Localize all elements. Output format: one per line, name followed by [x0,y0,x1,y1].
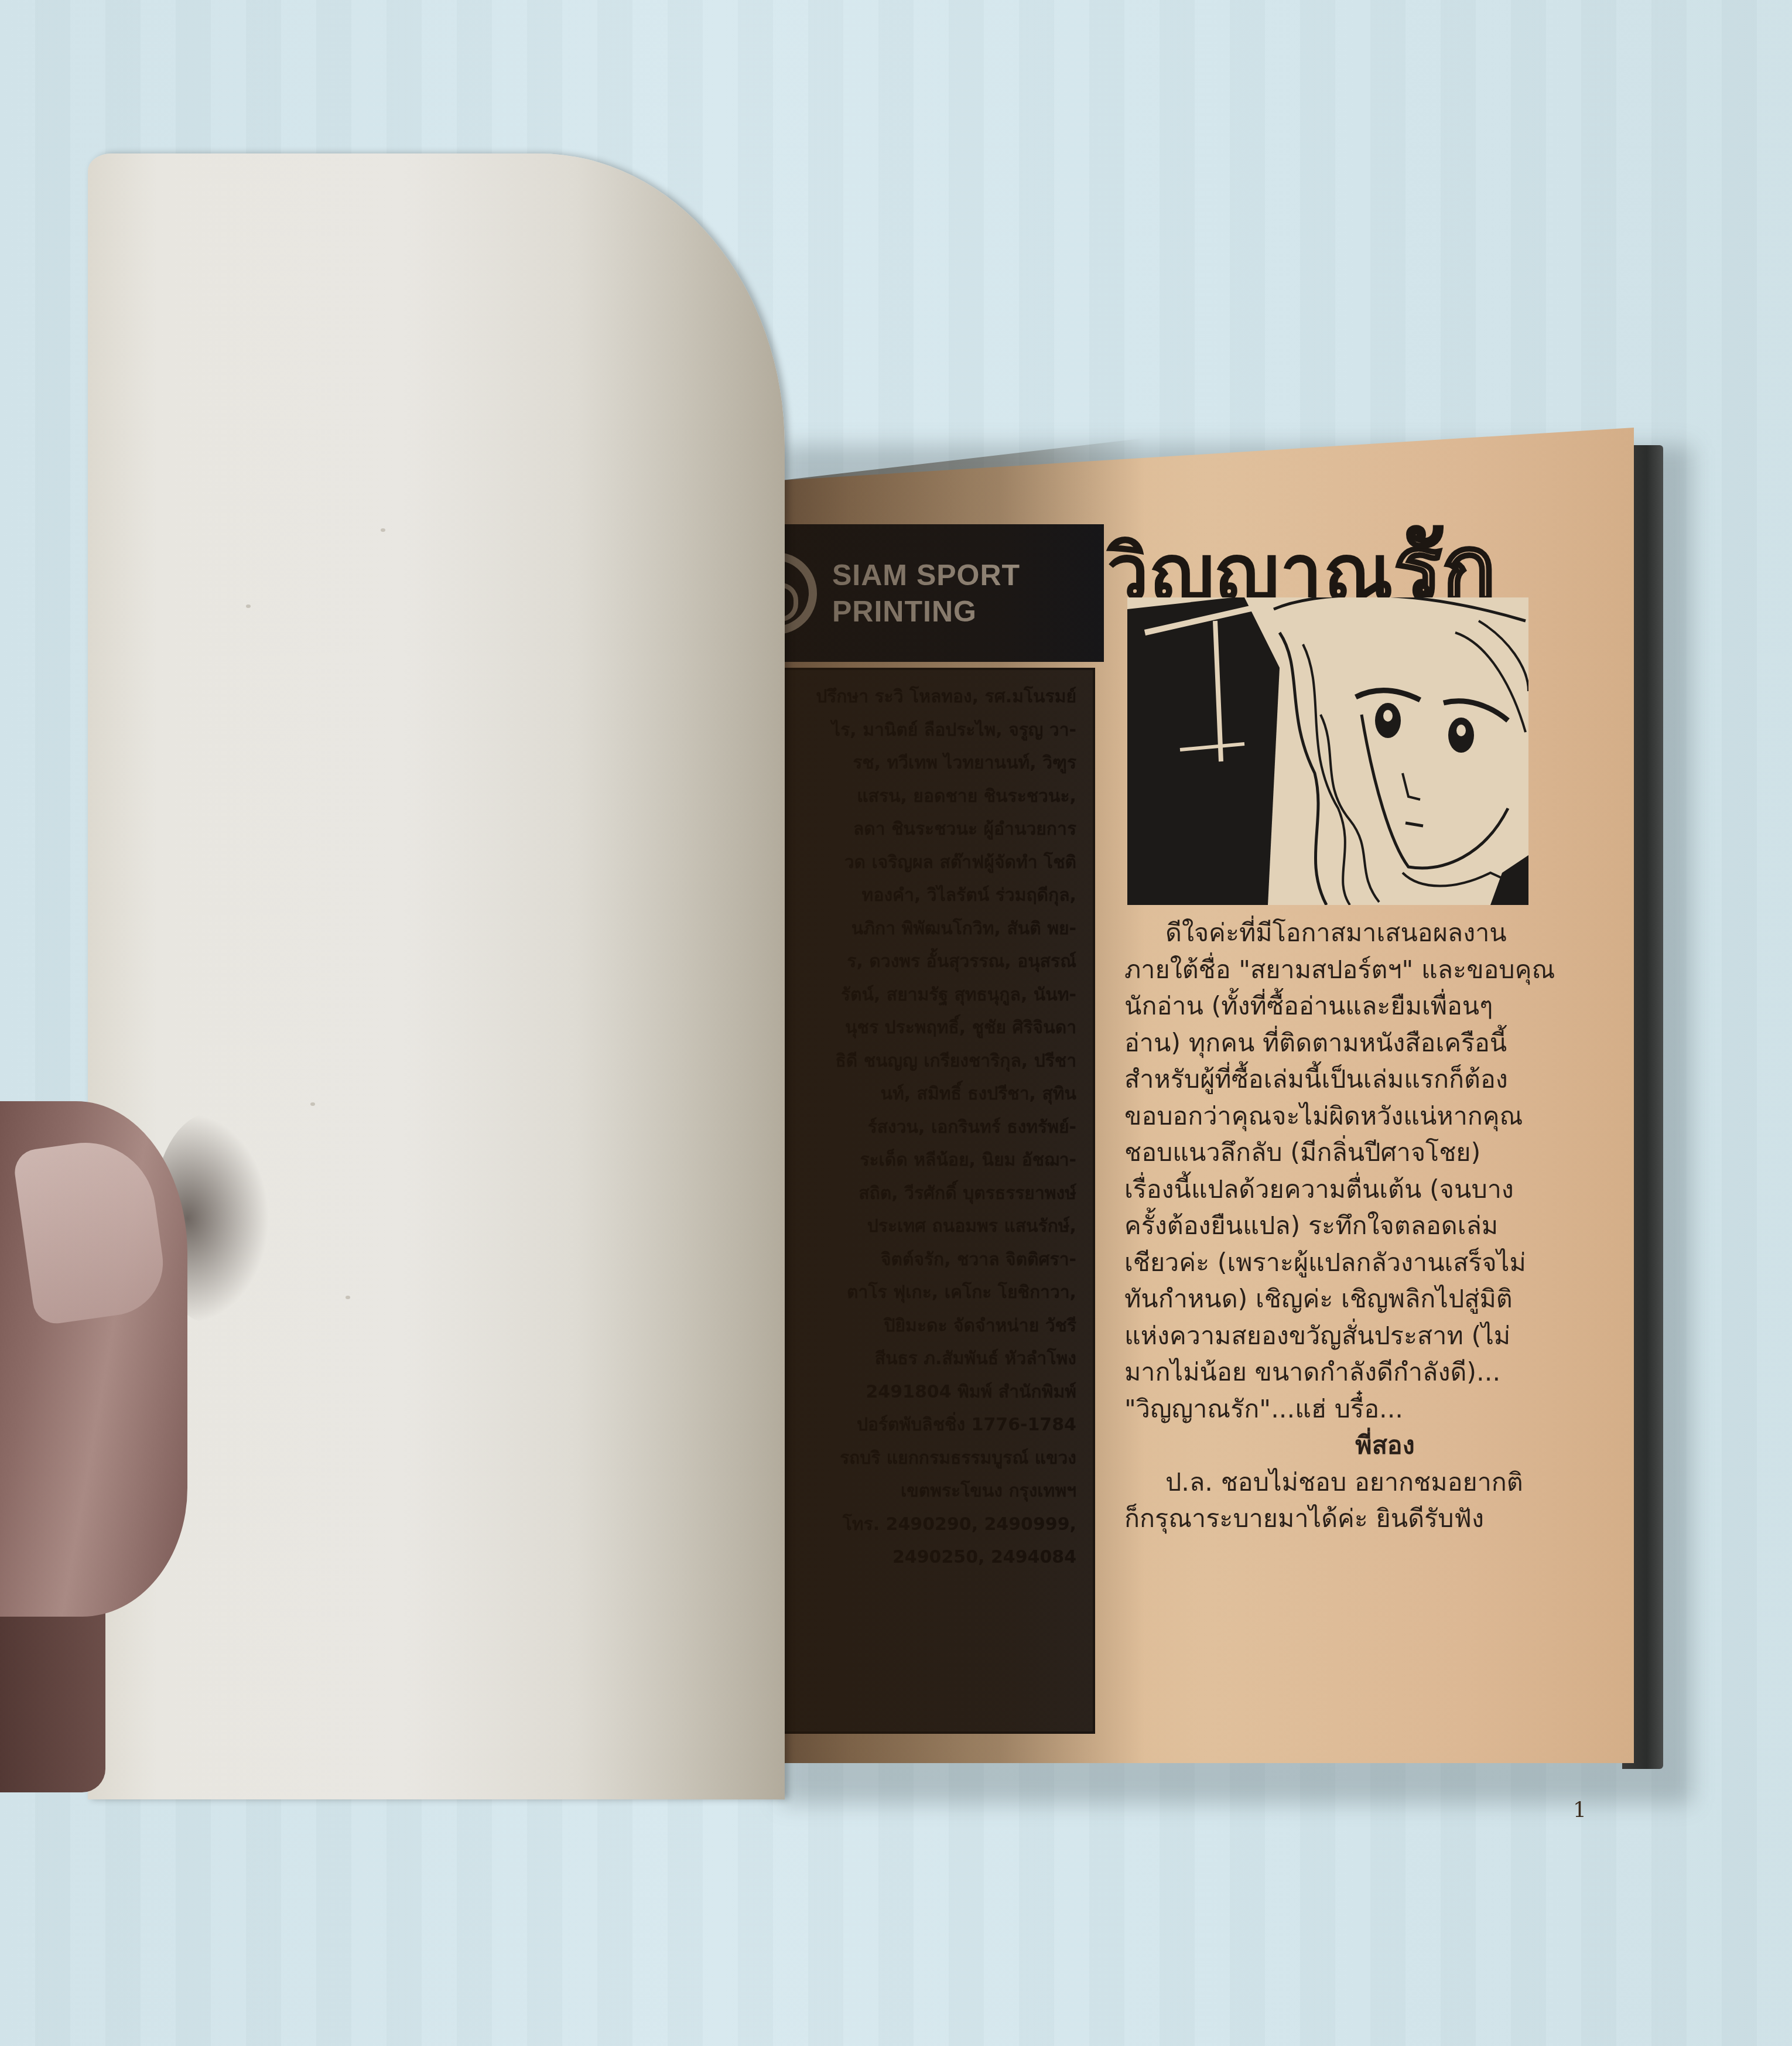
curled-cover-page[interactable] [88,153,785,1799]
body-line: เรื่องนี้แปลด้วยความตื่นเต้น (จนบาง [1124,1171,1575,1208]
editorial-text: ดีใจค่ะที่มีโอกาสมาเสนอผลงาน ภายใต้ชื่อ … [1124,915,1575,1538]
page-number: 1 [1573,1798,1586,1822]
manga-girl-icon [1127,597,1528,905]
signature: พี่สอง [1124,1427,1575,1464]
body-line: ทันกำหนด) เชิญค่ะ เชิญพลิกไปสู่มิติ [1124,1281,1575,1318]
body-line: เชียวค่ะ (เพราะผู้แปลกลัวงานเสร็จไม่ [1124,1245,1575,1282]
ps-line: ก็กรุณาระบายมาได้ค่ะ ยินดีรับฟัง [1124,1501,1575,1538]
paper-speck [310,1102,315,1106]
spine-shadow [782,428,1145,1763]
body-line: ครั้งต้องยืนแปล) ระทึกใจตลอดเล่ม [1124,1208,1575,1245]
body-line: ภายใต้ชื่อ "สยามสปอร์ตฯ" และขอบคุณ [1124,952,1575,989]
body-line: อ่าน) ทุกคน ที่ติดตามหนังสือเครือนี้ [1124,1025,1575,1062]
paper-speck [246,604,251,608]
body-line: ดีใจค่ะที่มีโอกาสมาเสนอผลงาน [1124,915,1575,952]
body-line: สำหรับผู้ที่ซื้อเล่มนี้เป็นเล่มแรกก็ต้อง [1124,1061,1575,1098]
body-line: มากไม่น้อย ขนาดกำลังดีกำลังดี)... [1124,1354,1575,1391]
body-line: แห่งความสยองขวัญสั่นประสาท (ไม่ [1124,1318,1575,1355]
body-line: นักอ่าน (ทั้งที่ซื้ออ่านและยืมเพื่อนๆ [1124,988,1575,1025]
ps-line: ป.ล. ชอบไม่ชอบ อยากชมอยากติ [1124,1464,1575,1501]
body-line: ขอบอกว่าคุณจะไม่ผิดหวังแน่หากคุณ [1124,1098,1575,1135]
paper-speck [381,528,385,532]
body-line: "วิญญาณรัก"...แฮ่ บรื๋อ... [1124,1391,1575,1428]
paper-speck [346,1296,350,1299]
manga-girl-illustration [1127,597,1528,905]
body-line: ชอบแนวลึกลับ (มีกลิ่นปีศาจโชย) [1124,1135,1575,1171]
